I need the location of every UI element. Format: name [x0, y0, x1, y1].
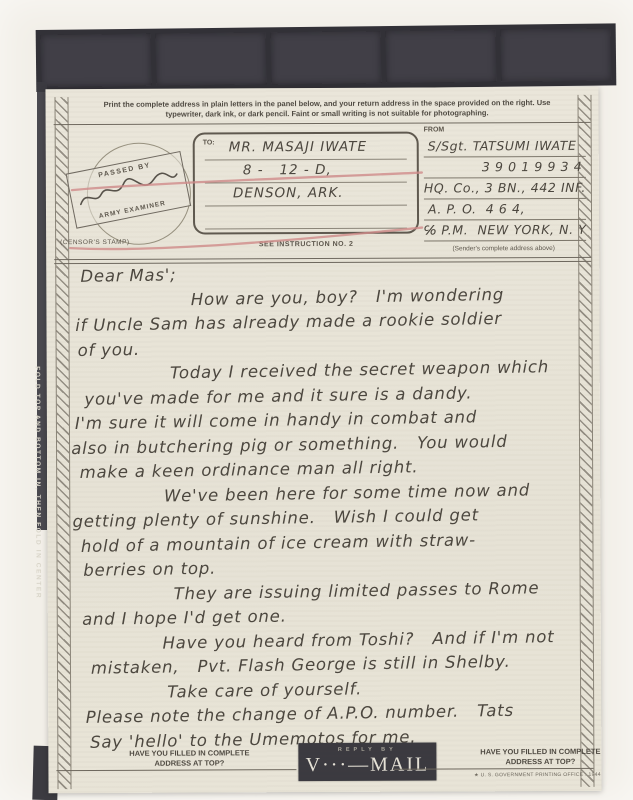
from-address-lines: S/Sgt. TATSUMI IWATE3 9 0 1 9 9 3 4HQ. C… [424, 136, 586, 242]
to-label: TO: [203, 139, 215, 146]
footer-rule-left [56, 769, 296, 771]
to-address-lines: MR. MASAJI IWATE8 - 12 - D,DENSON, ARK. [205, 137, 407, 230]
to-address-line: 8 - 12 - D, [205, 160, 407, 184]
footer-question-left-line2: ADDRESS AT TOP? [83, 758, 295, 768]
to-address-line: MR. MASAJI IWATE [205, 137, 407, 161]
film-frame [271, 31, 382, 84]
from-address-line: 3 9 0 1 9 9 3 4 [424, 157, 586, 179]
to-address-line [205, 206, 407, 230]
footer-question-left: HAVE YOU FILLED IN COMPLETE ADDRESS AT T… [83, 748, 295, 768]
footer-rule-right [393, 768, 593, 770]
from-address-line: HQ. Co., 3 BN., 442 INF., [424, 178, 586, 200]
sender-address-note: (Sender's complete address above) [418, 245, 589, 253]
vmail-form: FOLD TOP AND BOTTOM IN, THEN FOLD IN CEN… [45, 87, 601, 793]
from-label: FROM [424, 126, 445, 133]
from-address-line: A. P. O. 4 6 4, [424, 199, 586, 221]
to-address-line: DENSON, ARK. [205, 183, 407, 207]
to-address-panel: TO: MR. MASAJI IWATE8 - 12 - D,DENSON, A… [193, 132, 419, 235]
vmail-logo-box: REPLY BY V···—MAIL [298, 743, 436, 782]
film-frame [501, 28, 612, 81]
censor-stamp-label: (CENSOR'S STAMP) [60, 239, 129, 246]
left-hatch-border [55, 97, 72, 789]
from-address-line: S/Sgt. TATSUMI IWATE [424, 136, 586, 158]
film-frame [41, 34, 152, 87]
film-strip-band [36, 23, 617, 92]
gpo-imprint: ★ U. S. GOVERNMENT PRINTING OFFICE : 194… [436, 772, 633, 779]
footer-question-right-line2: ADDRESS AT TOP? [444, 756, 633, 766]
rule-under-instructions [54, 122, 591, 125]
form-instructions: Print the complete address in plain lett… [90, 98, 565, 119]
film-frame [386, 30, 497, 83]
footer-question-right: HAVE YOU FILLED IN COMPLETE ADDRESS AT T… [444, 747, 633, 767]
vmail-wordmark: V···—MAIL [298, 754, 436, 778]
see-instruction-note: SEE INSTRUCTION NO. 2 [193, 241, 419, 249]
reply-by-label: REPLY BY [298, 747, 436, 754]
film-frame [156, 32, 267, 85]
from-address-line: ℅ P.M. NEW YORK, N. Y [424, 220, 586, 242]
letter-body: Dear Mas';How are you, boy? I'm wonderin… [68, 257, 591, 755]
vmail-letter-scan: FOLD TOP AND BOTTOM IN, THEN FOLD IN CEN… [0, 0, 633, 800]
